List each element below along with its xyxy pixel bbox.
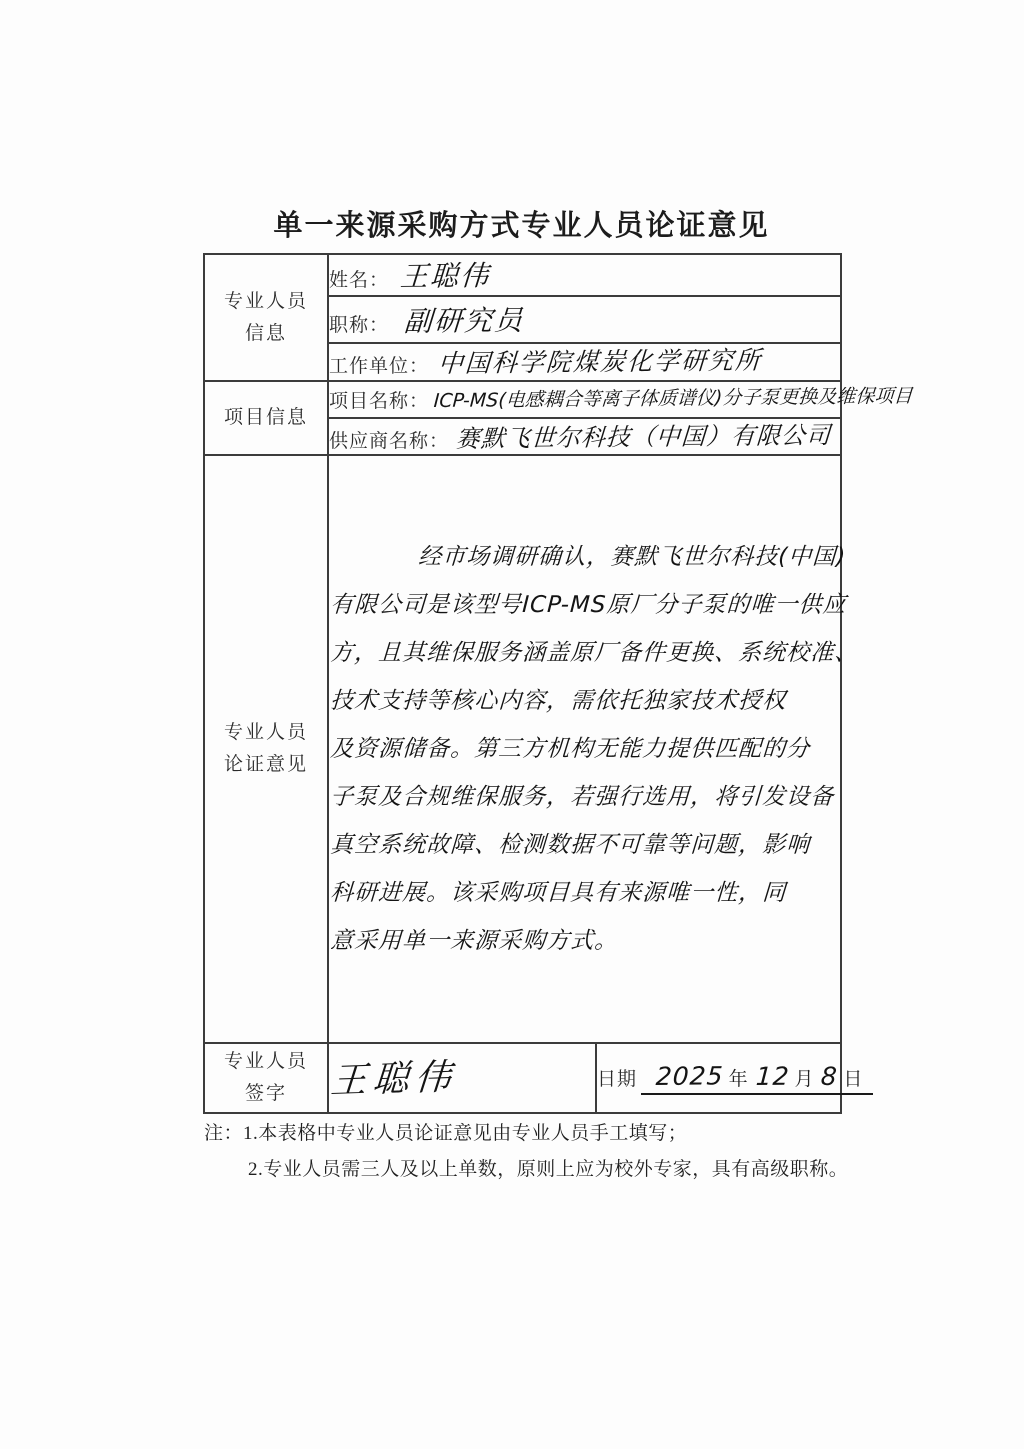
date-day-handwritten-value: 8 bbox=[820, 1061, 839, 1090]
date-month-unit: 月 bbox=[794, 1069, 814, 1090]
footnote-line-2: 2.专业人员需三人及以上单数，原则上应为校外专家，具有高级职称。 bbox=[248, 1152, 884, 1188]
field-supplier-cell: 供应商名称：赛默飞世尔科技（中国）有限公司 bbox=[328, 418, 841, 455]
work-unit-label: 工作单位： bbox=[329, 356, 429, 377]
section-label-line: 项目信息 bbox=[205, 402, 327, 434]
signature-cell: 王聪伟 bbox=[328, 1043, 596, 1113]
section-label-line: 信息 bbox=[205, 318, 327, 350]
field-name-cell: 姓名：王聪伟 bbox=[328, 254, 841, 296]
table-row: 专业人员 论证意见 经市场调研确认，赛默飞世尔科技(中国) 有限公司是该型号IC… bbox=[204, 455, 841, 1043]
job-title-handwritten-value: 副研究员 bbox=[403, 298, 525, 339]
date-blank-line: 2025年12月8日 bbox=[641, 1062, 873, 1095]
opinion-text-cell: 经市场调研确认，赛默飞世尔科技(中国) 有限公司是该型号ICP-MS原厂分子泵的… bbox=[328, 455, 841, 1043]
opinion-handwritten-line: 真空系统故障、检测数据不可靠等问题，影响 bbox=[329, 821, 843, 869]
section-label-line: 论证意见 bbox=[205, 749, 327, 781]
name-handwritten-value: 王聪伟 bbox=[399, 254, 491, 295]
date-cell: 日期2025年12月8日 bbox=[596, 1043, 841, 1113]
opinion-handwritten-line: 子泵及合规维保服务，若强行选用，将引发设备 bbox=[329, 773, 843, 821]
opinion-handwritten-line: 经市场调研确认，赛默飞世尔科技(中国) bbox=[329, 533, 843, 581]
opinion-handwritten-line: 意采用单一来源采购方式。 bbox=[329, 917, 843, 965]
section-label-line: 专业人员 bbox=[205, 717, 327, 749]
date-month-handwritten-value: 12 bbox=[755, 1061, 791, 1090]
table-row: 专业人员 签字 王聪伟 日期2025年12月8日 bbox=[204, 1043, 841, 1113]
table-row: 项目信息 项目名称：ICP-MS(电感耦合等离子体质谱仪)分子泵更换及维保项目 bbox=[204, 381, 841, 418]
job-title-label: 职称： bbox=[329, 315, 389, 336]
footnote-prefix: 注： bbox=[204, 1123, 243, 1144]
field-project-name-cell: 项目名称：ICP-MS(电感耦合等离子体质谱仪)分子泵更换及维保项目 bbox=[328, 381, 841, 418]
document-page: 单一来源采购方式专业人员论证意见 专业人员 信息 姓名：王聪伟 职称：副研究员 … bbox=[0, 0, 1024, 1449]
signature-handwritten-value: 王聪伟 bbox=[329, 1048, 459, 1103]
project-name-label: 项目名称： bbox=[329, 391, 429, 412]
name-label: 姓名： bbox=[329, 270, 389, 291]
section-label-project-info: 项目信息 bbox=[204, 381, 328, 455]
date-label: 日期 bbox=[597, 1069, 637, 1090]
section-label-personnel-info: 专业人员 信息 bbox=[204, 254, 328, 381]
field-work-unit-cell: 工作单位：中国科学院煤炭化学研究所 bbox=[328, 343, 841, 381]
opinion-handwritten-line: 有限公司是该型号ICP-MS原厂分子泵的唯一供应 bbox=[329, 581, 843, 629]
section-label-line: 专业人员 bbox=[205, 1046, 327, 1078]
project-name-handwritten-value: ICP-MS(电感耦合等离子体质谱仪)分子泵更换及维保项目 bbox=[433, 381, 913, 413]
field-job-title-cell: 职称：副研究员 bbox=[328, 296, 841, 343]
date-year-unit: 年 bbox=[729, 1069, 749, 1090]
date-year-handwritten-value: 2025 bbox=[655, 1061, 724, 1091]
opinion-handwritten-line: 方，且其维保服务涵盖原厂备件更换、系统校准、 bbox=[329, 629, 843, 677]
form-table: 专业人员 信息 姓名：王聪伟 职称：副研究员 工作单位：中国科学院煤炭化学研究所… bbox=[203, 253, 842, 1114]
date-day-unit: 日 bbox=[843, 1069, 863, 1090]
table-row: 专业人员 信息 姓名：王聪伟 bbox=[204, 254, 841, 296]
work-unit-handwritten-value: 中国科学院煤炭化学研究所 bbox=[437, 341, 763, 380]
supplier-label: 供应商名称： bbox=[329, 431, 449, 452]
page-title: 单一来源采购方式专业人员论证意见 bbox=[203, 203, 840, 244]
section-label-signature: 专业人员 签字 bbox=[204, 1043, 328, 1113]
footnote-text-1: 1.本表格中专业人员论证意见由专业人员手工填写； bbox=[243, 1123, 687, 1144]
section-label-opinion: 专业人员 论证意见 bbox=[204, 455, 328, 1043]
footnote-line-1: 注：1.本表格中专业人员论证意见由专业人员手工填写； bbox=[204, 1116, 884, 1152]
section-label-line: 签字 bbox=[205, 1078, 327, 1110]
opinion-handwritten-line: 科研进展。该采购项目具有来源唯一性，同 bbox=[329, 869, 843, 917]
footnotes: 注：1.本表格中专业人员论证意见由专业人员手工填写； 2.专业人员需三人及以上单… bbox=[204, 1116, 884, 1188]
opinion-handwritten-line: 及资源储备。第三方机构无能力提供匹配的分 bbox=[329, 725, 843, 773]
supplier-handwritten-value: 赛默飞世尔科技（中国）有限公司 bbox=[455, 415, 832, 454]
opinion-handwritten-line: 技术支持等核心内容，需依托独家技术授权 bbox=[329, 677, 843, 725]
section-label-line: 专业人员 bbox=[205, 286, 327, 318]
footnote-text-2: 2.专业人员需三人及以上单数，原则上应为校外专家，具有高级职称。 bbox=[248, 1159, 848, 1180]
